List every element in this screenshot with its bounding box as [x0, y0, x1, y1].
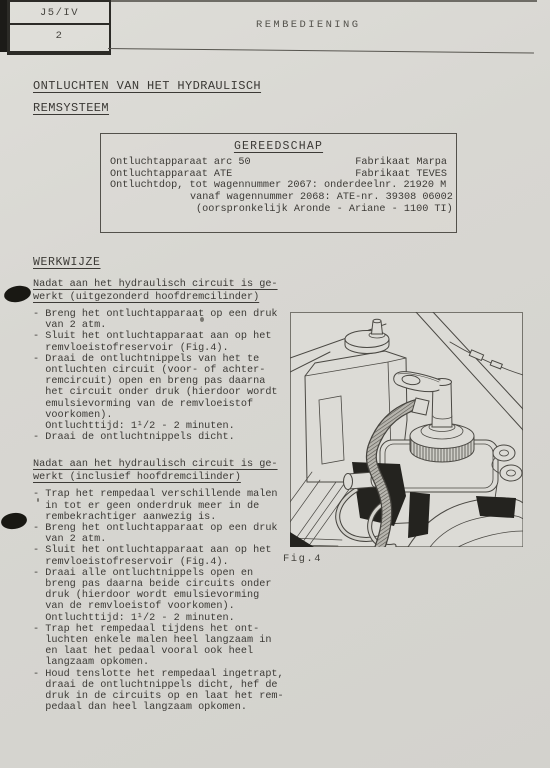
tools-box-heading: GEREEDSCHAP: [101, 140, 456, 153]
procedure-step: - Sluit het ontluchtapparaat aan op het …: [33, 331, 295, 353]
figure-caption: Fig.4: [283, 553, 322, 565]
tools-notes: Ontluchtdop, tot wagennummer 2067: onder…: [101, 180, 456, 215]
tool-item: Ontluchtapparaat arc 50: [110, 157, 251, 169]
tools-rows: Ontluchtapparaat arc 50 Fabrikaat Marpa …: [101, 157, 456, 180]
procedure-step: - Draai de ontluchtnippels dicht.: [33, 432, 295, 443]
figure-frame: [290, 312, 523, 547]
procedure-step: - Breng het ontluchtapparaat op een druk…: [33, 523, 295, 545]
scan-speck: [200, 317, 204, 322]
tool-row: Ontluchtapparaat arc 50 Fabrikaat Marpa: [110, 157, 447, 169]
procedure-step: - Trap het rempedaal tijdens het ont- lu…: [33, 624, 295, 669]
procedure-step: - Draai de ontluchtnippels van het te on…: [33, 354, 295, 432]
scan-edge-bar: [0, 0, 7, 52]
top-rule: [100, 0, 537, 2]
header-refbox: J5/IV 2: [7, 0, 111, 55]
tools-note: Ontluchtdop, tot wagennummer 2067: onder…: [110, 180, 456, 192]
page-title: ONTLUCHTEN VAN HET HYDRAULISCH REMSYSTEE…: [33, 76, 261, 119]
procedure: Nadat aan het hydraulisch circuit is ge-…: [33, 278, 295, 714]
binder-hole: [0, 511, 28, 530]
procedure-heading: WERKWIJZE: [33, 256, 101, 269]
procedure-step: - Draai alle ontluchtnippels open en bre…: [33, 568, 295, 624]
tool-row: Ontluchtapparaat ATE Fabrikaat TEVES: [110, 169, 447, 181]
doc-ref: J5/IV: [10, 2, 109, 23]
procedure-section: Nadat aan het hydraulisch circuit is ge-…: [33, 458, 295, 713]
header-rule: [108, 48, 534, 53]
figure-illustration: [290, 312, 523, 547]
page-number: 2: [10, 25, 109, 46]
procedure-step: - Breng het ontluchtapparaat op een druk…: [33, 309, 295, 331]
procedure-section: Nadat aan het hydraulisch circuit is ge-…: [33, 278, 295, 443]
procedure-step: - Sluit het ontluchtapparaat aan op het …: [33, 545, 295, 567]
procedure-step: - Houd tenslotte het rempedaal ingetrapt…: [33, 669, 295, 714]
scan-speck: [37, 498, 39, 502]
chapter-title: REMBEDIENING: [256, 19, 360, 31]
tools-box: GEREEDSCHAP Ontluchtapparaat arc 50 Fabr…: [100, 133, 457, 233]
procedure-step: - Trap het rempedaal verschillende malen…: [33, 489, 295, 523]
tools-note: vanaf wagennummer 2068: ATE-nr. 39308 06…: [190, 192, 456, 204]
tool-item: Ontluchtapparaat ATE: [110, 169, 232, 181]
tool-maker: Fabrikaat Marpa: [355, 157, 447, 169]
tool-maker: Fabrikaat TEVES: [355, 169, 447, 181]
binder-hole: [3, 284, 32, 304]
tools-note: (oorspronkelijk Aronde - Ariane - 1100 T…: [196, 204, 456, 216]
section-subheading: Nadat aan het hydraulisch circuit is ge-…: [33, 458, 295, 484]
section-subheading: Nadat aan het hydraulisch circuit is ge-…: [33, 278, 295, 304]
